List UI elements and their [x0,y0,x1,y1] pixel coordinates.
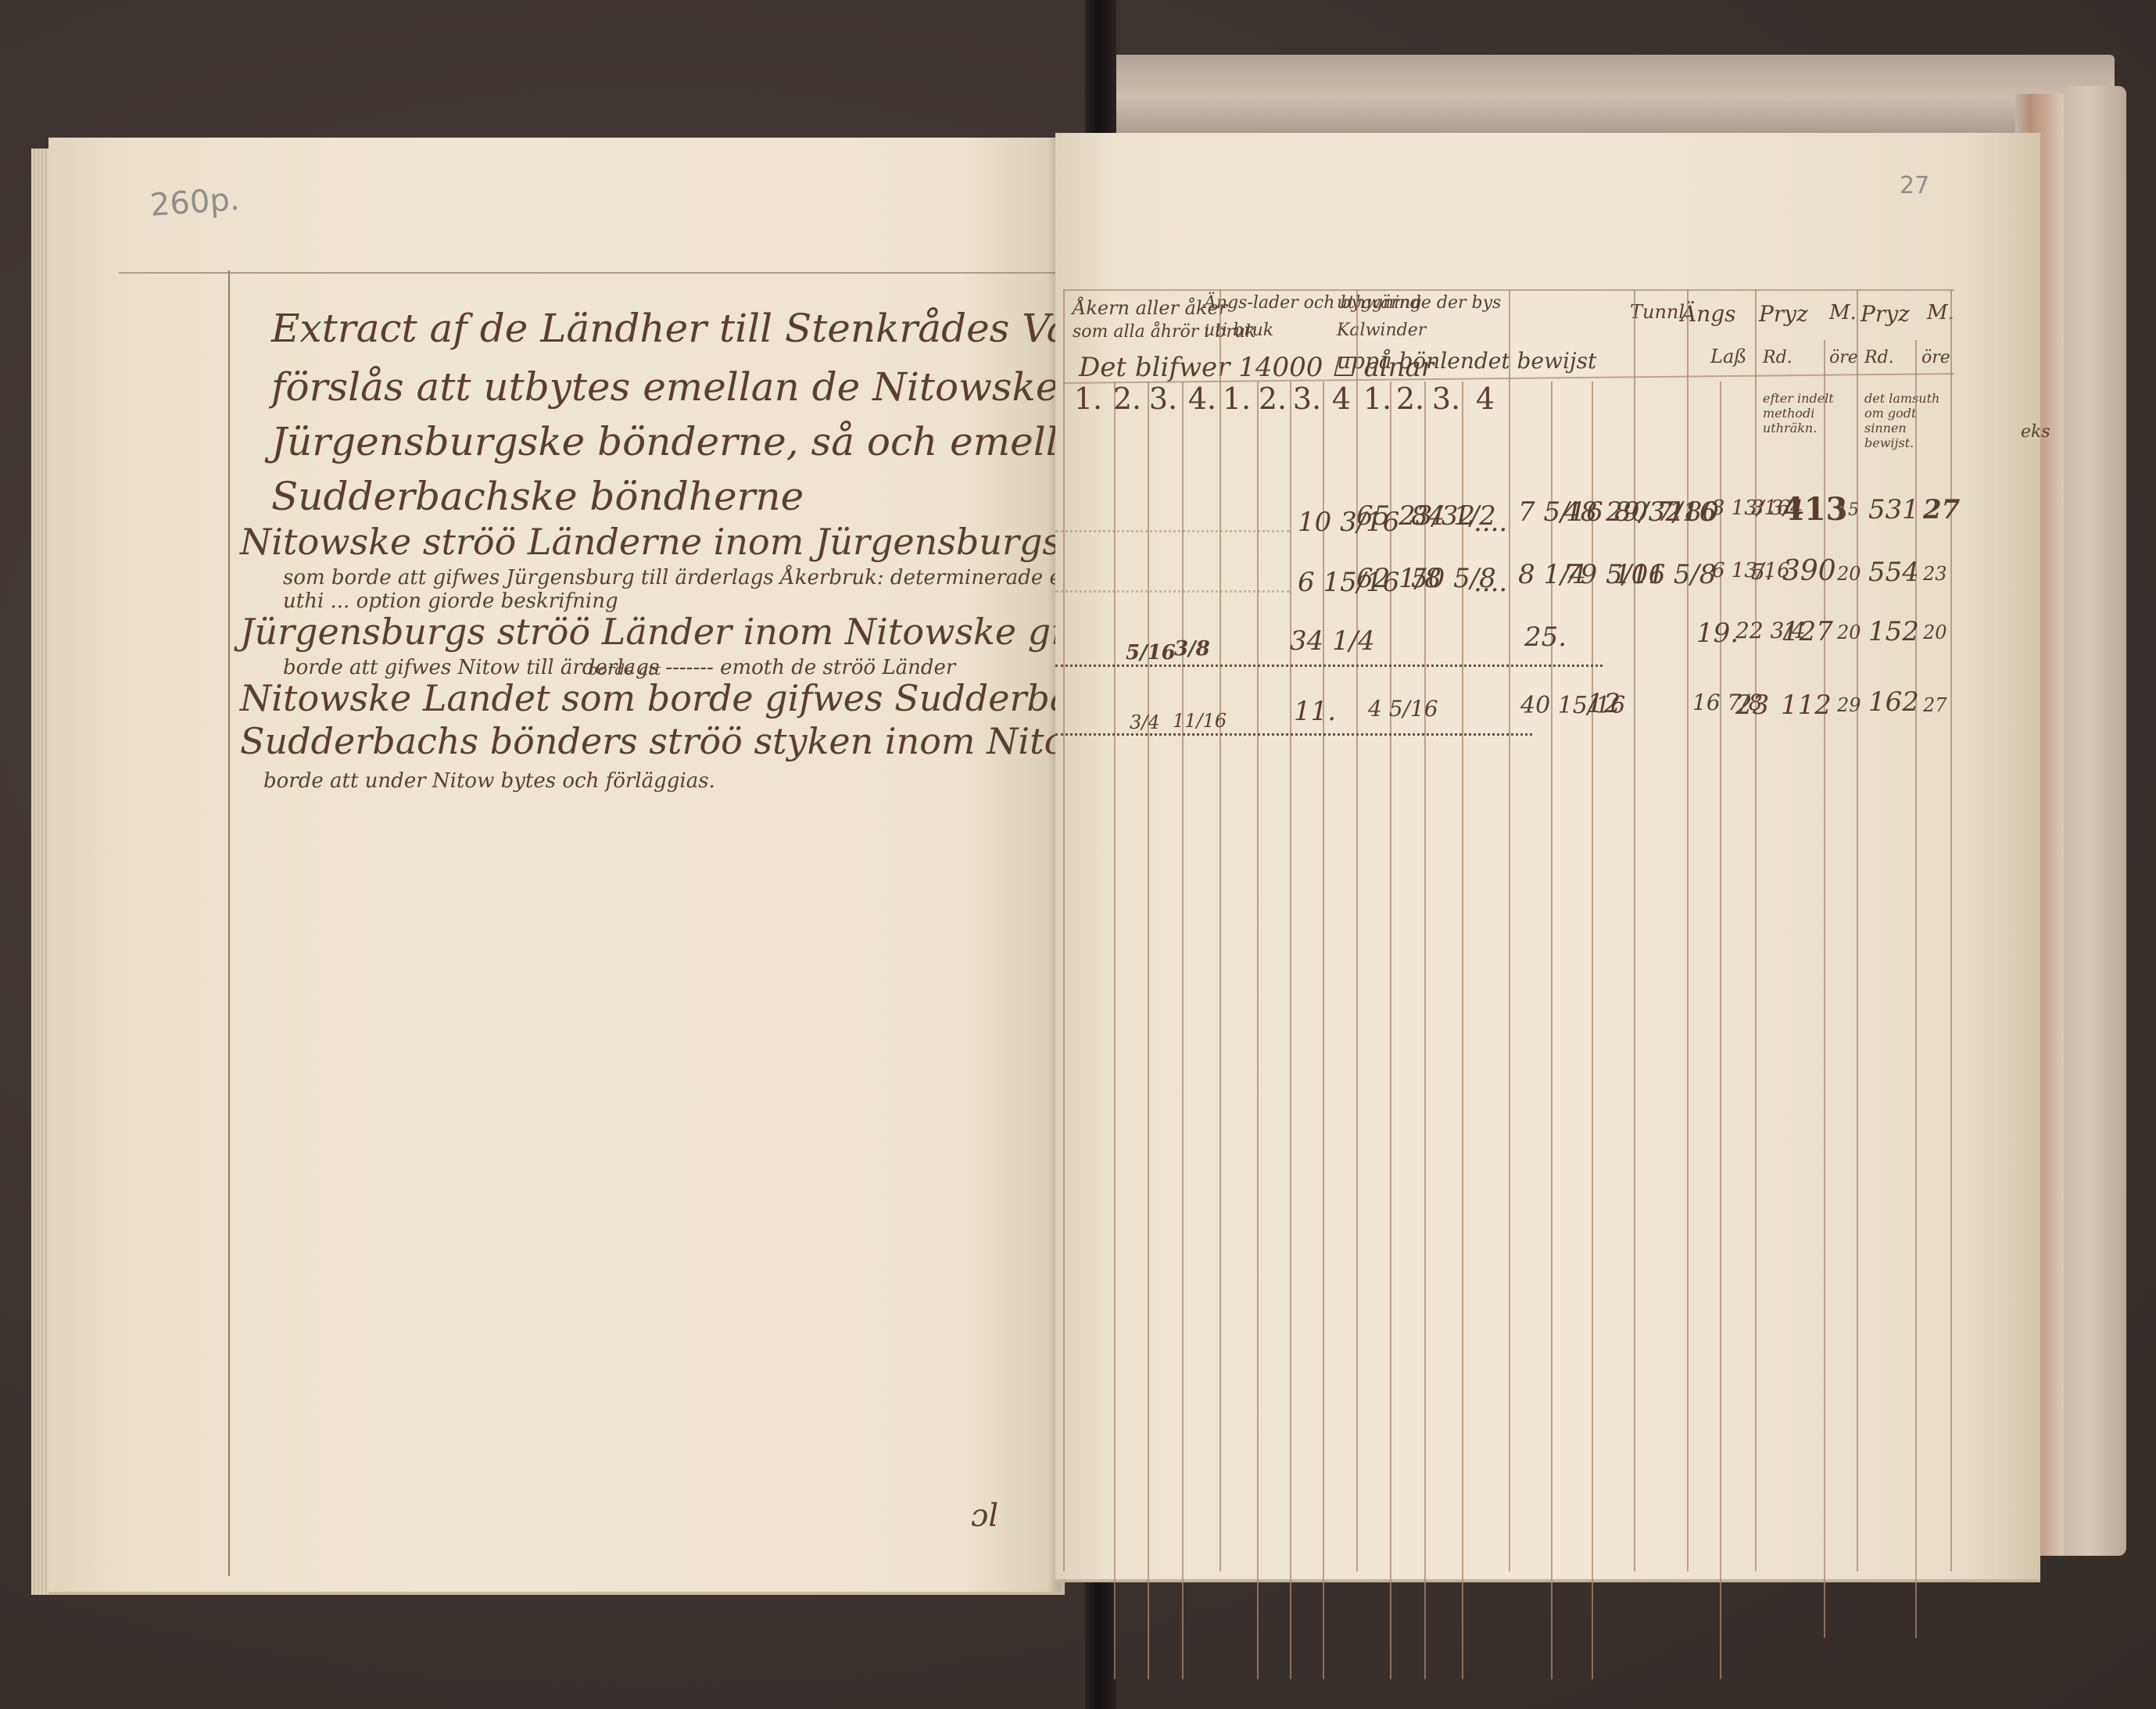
cell-a3: 3/8 [1174,637,1210,661]
cell-b4: .... [1474,507,1507,538]
row-leader [1055,530,1290,532]
title-line-2: förslås att utbytes emellan de Nitowske … [271,364,1142,410]
right-page: 27 Åkern aller åker som alla åhrör i bru… [1055,133,2040,1582]
header-pris-2-rd: Rd. [1864,348,1894,367]
pencil-archive-note: 260p. [149,181,241,224]
cell-c1: 25. [1524,622,1567,653]
cell-pris1-rd: 127 [1782,616,1833,647]
column-rule [1114,382,1116,1679]
cell-b1: 34 1/4 [1290,625,1375,657]
title-line-4: Sudderbachske böndherne [271,474,804,519]
header-group-b-line2: uti bruk [1204,321,1273,340]
column-rule [1824,340,1825,1638]
cell-pris1-ore: 15 [1837,500,1859,520]
cell-pris1-rd: 112 [1781,690,1832,721]
cell-tunnl: 19. [1696,618,1739,649]
cell-pris2-ore: 27 [1923,694,1947,716]
entry-1-note-2: uthi ... option giorde beskrifning [283,589,618,613]
entry-3-note: borde att [588,660,661,679]
book-rear-pages-edge [2064,86,2126,1556]
column-rule [1634,289,1635,1571]
left-top-rule [119,272,1065,274]
header-pris-1-ore: öre [1829,348,1858,367]
cell-angs: 5. [1751,559,1772,585]
header-pris-2-ore: öre [1921,348,1950,367]
bottom-ink-mark: ɔl [971,1498,998,1534]
column-rule [1950,289,1952,1571]
cell-pris2-rd: 554 [1868,557,1919,588]
row-leader [1055,733,1532,736]
column-rule [1219,289,1221,1571]
column-rule [1915,340,1917,1638]
cell-pris1-ore: 29 [1837,694,1861,716]
column-rule [1257,382,1259,1679]
cell-b4: .... [1474,567,1507,598]
header-pris-1: Pryz [1759,301,1808,327]
header-pris-1-note: efter indelt methodi uthräkn. [1763,391,1849,435]
column-rule [1063,289,1065,1571]
column-rule [1755,289,1757,1571]
cell-b1: 11. [1294,696,1336,727]
header-group-c-line2: Kalwinder [1337,321,1426,340]
column-number: 4 [1462,382,1509,416]
column-rule [1687,289,1689,1571]
column-rule [1356,289,1358,1571]
header-pris-1-m: M. [1829,301,1857,324]
row-leader [1055,590,1290,593]
header-pris-1-rd: Rd. [1763,348,1792,367]
column-rule [1857,289,1858,1571]
cell-a2: 5/16 [1126,641,1176,665]
cell-a2: 3/4 [1130,711,1160,733]
edge-note: eks [2021,422,2050,442]
left-margin-rule [228,271,230,1576]
column-rule [1182,382,1184,1679]
header-angs-sub: Laß [1710,346,1746,367]
entry-1-note: som borde att gifwes Jürgensburg till är… [283,566,1135,589]
header-group-c-line1: uthwärnde der bys [1337,293,1501,313]
header-pris-2-note: det lamsuth om godt sinnen bewijst. [1864,391,1950,450]
left-page: 260p. Extract af de Ländher till Stenkrå… [48,138,1065,1595]
cell-pris2-rd: 152 [1868,616,1919,647]
cell-c3: 101 5/8 [1614,559,1716,590]
cell-pris1-ore: 20 [1837,622,1861,643]
cell-pris2-rd: 162 [1868,686,1919,718]
cell-pris1-ore: 20 [1837,563,1861,585]
cell-b2: 4 5/16 [1368,696,1438,722]
cell-a3: 11/16 [1173,710,1227,732]
pencil-page-number: 27 [1900,172,1929,199]
header-pris-2: Pryz [1861,301,1910,327]
column-rule [1509,289,1510,1571]
cell-pris2-ore: 27 [1923,494,1960,525]
cell-c2: 12 [1587,688,1621,719]
column-rule [1148,382,1149,1679]
cell-pris2-ore: 20 [1923,622,1947,643]
cell-pris2-ore: 23 [1923,563,1947,585]
cell-angs: 23 [1735,690,1769,721]
cell-pris2-rd: 531 [1868,494,1919,525]
header-group-c-line3: uppå bönlendet bewijst [1337,348,1596,374]
column-rule [1290,382,1291,1679]
row-leader [1055,665,1603,667]
entry-4-note: borde att under Nitow bytes och förläggi… [263,769,715,793]
cell-pris1-rd: 390 [1782,555,1836,587]
book-rear-pages-top [1110,55,2115,141]
header-angs: Ängs [1681,301,1736,327]
